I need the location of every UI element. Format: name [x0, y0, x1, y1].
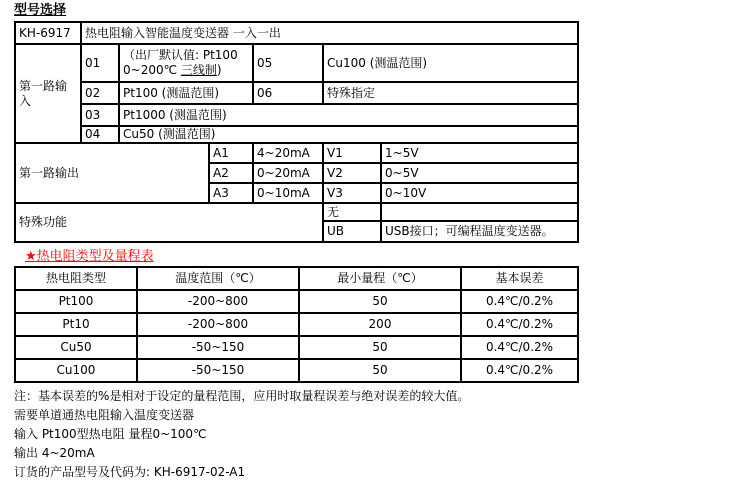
- note-basic-error: 注：基本误差的%是相对于设定的量程范围，应用时取量程误差与绝对误差的较大值。: [14, 387, 745, 406]
- model-selection-table: KH-6917 热电阻输入智能温度变送器 一入一出 第一路输入 01 （出厂默认…: [14, 21, 579, 243]
- table-row: Pt10 -200~800 200 0.4℃/0.2%: [15, 313, 578, 336]
- cell-output-val-v3: 0~10V: [381, 183, 578, 203]
- cell-output-val-a2: 0~20mA: [253, 163, 323, 183]
- rtd-header-row: 热电阻类型 温度范围（℃） 最小量程（℃） 基本误差: [15, 267, 578, 290]
- cell-min-span: 200: [299, 313, 461, 336]
- input-desc-01-paren: ): [217, 63, 222, 77]
- input-desc-01-line1: （出厂默认值: Pt100: [123, 48, 249, 63]
- cell-rtd-type: Cu100: [15, 359, 137, 382]
- cell-input-desc-05: Cu100 (测温范围): [323, 44, 578, 82]
- cell-special-code-none: 无: [323, 203, 381, 221]
- cell-input-code-04: 04: [81, 126, 119, 143]
- cell-min-span: 50: [299, 359, 461, 382]
- cell-input-code-03: 03: [81, 104, 119, 126]
- header-basic-error: 基本误差: [461, 267, 578, 290]
- cell-input-code-02: 02: [81, 82, 119, 104]
- cell-temp-range: -50~150: [137, 359, 299, 382]
- cell-special-desc-ub: USB接口；可编程温度变送器。: [381, 221, 578, 242]
- note-requirement: 需要单道通热电阻输入温度变送器: [14, 406, 745, 425]
- note-order-code: 订货的产品型号及代码为: KH-6917-02-A1: [14, 463, 745, 482]
- cell-output-code-a2: A2: [209, 163, 253, 183]
- cell-output-val-a1: 4~20mA: [253, 143, 323, 163]
- page-title: 型号选择: [14, 3, 745, 18]
- cell-temp-range: -200~800: [137, 290, 299, 313]
- document: 型号选择 KH-6917 热电阻输入智能温度变送器 一入一出 第一路输入 01 …: [0, 0, 745, 482]
- input-desc-01-line2: 0~200℃ 三线制): [123, 63, 249, 78]
- cell-input-code-01: 01: [81, 44, 119, 82]
- cell-temp-range: -50~150: [137, 336, 299, 359]
- cell-model-desc: 热电阻输入智能温度变送器 一入一出: [81, 22, 578, 44]
- cell-input-code-06: 06: [253, 82, 323, 104]
- input-desc-01-wiring: 三线制: [181, 63, 217, 77]
- cell-input-desc-02: Pt100 (测温范围): [119, 82, 253, 104]
- cell-special-code-ub: UB: [323, 221, 381, 242]
- cell-input-section-label: 第一路输入: [15, 44, 81, 143]
- header-rtd-type: 热电阻类型: [15, 267, 137, 290]
- cell-input-desc-04: Cu50 (测温范围): [119, 126, 578, 143]
- cell-output-code-v2: V2: [323, 163, 381, 183]
- cell-model-code: KH-6917: [15, 22, 81, 44]
- rtd-range-table: 热电阻类型 温度范围（℃） 最小量程（℃） 基本误差 Pt100 -200~80…: [14, 266, 579, 383]
- cell-input-desc-03: Pt1000 (测温范围): [119, 104, 578, 126]
- cell-special-section-label: 特殊功能: [15, 203, 323, 242]
- input-desc-01-range: 0~200℃: [123, 63, 181, 77]
- cell-rtd-type: Cu50: [15, 336, 137, 359]
- cell-output-val-v2: 0~5V: [381, 163, 578, 183]
- cell-min-span: 50: [299, 290, 461, 313]
- table-row: Cu50 -50~150 50 0.4℃/0.2%: [15, 336, 578, 359]
- cell-basic-error: 0.4℃/0.2%: [461, 290, 578, 313]
- cell-basic-error: 0.4℃/0.2%: [461, 359, 578, 382]
- page: { "page": { "title": "型号选择" }, "table1":…: [0, 0, 745, 457]
- cell-rtd-type: Pt100: [15, 290, 137, 313]
- cell-output-code-a3: A3: [209, 183, 253, 203]
- cell-temp-range: -200~800: [137, 313, 299, 336]
- cell-output-code-a1: A1: [209, 143, 253, 163]
- cell-output-section-label: 第一路输出: [15, 143, 209, 203]
- range-table-title: ★热电阻类型及量程表: [25, 249, 745, 264]
- note-input-spec: 输入 Pt100型热电阻 量程0~100℃: [14, 425, 745, 444]
- cell-rtd-type: Pt10: [15, 313, 137, 336]
- footnotes: 注：基本误差的%是相对于设定的量程范围，应用时取量程误差与绝对误差的较大值。 需…: [14, 387, 745, 482]
- cell-basic-error: 0.4℃/0.2%: [461, 313, 578, 336]
- cell-output-val-a3: 0~10mA: [253, 183, 323, 203]
- cell-output-code-v3: V3: [323, 183, 381, 203]
- header-min-span: 最小量程（℃）: [299, 267, 461, 290]
- cell-basic-error: 0.4℃/0.2%: [461, 336, 578, 359]
- cell-min-span: 50: [299, 336, 461, 359]
- table-row: Pt100 -200~800 50 0.4℃/0.2%: [15, 290, 578, 313]
- cell-output-val-v1: 1~5V: [381, 143, 578, 163]
- cell-output-code-v1: V1: [323, 143, 381, 163]
- table-row: Cu100 -50~150 50 0.4℃/0.2%: [15, 359, 578, 382]
- header-temp-range: 温度范围（℃）: [137, 267, 299, 290]
- note-output-spec: 输出 4~20mA: [14, 444, 745, 463]
- cell-input-desc-01: （出厂默认值: Pt100 0~200℃ 三线制): [119, 44, 253, 82]
- cell-special-desc-none: [381, 203, 578, 221]
- cell-input-desc-06: 特殊指定: [323, 82, 578, 104]
- cell-input-code-05: 05: [253, 44, 323, 82]
